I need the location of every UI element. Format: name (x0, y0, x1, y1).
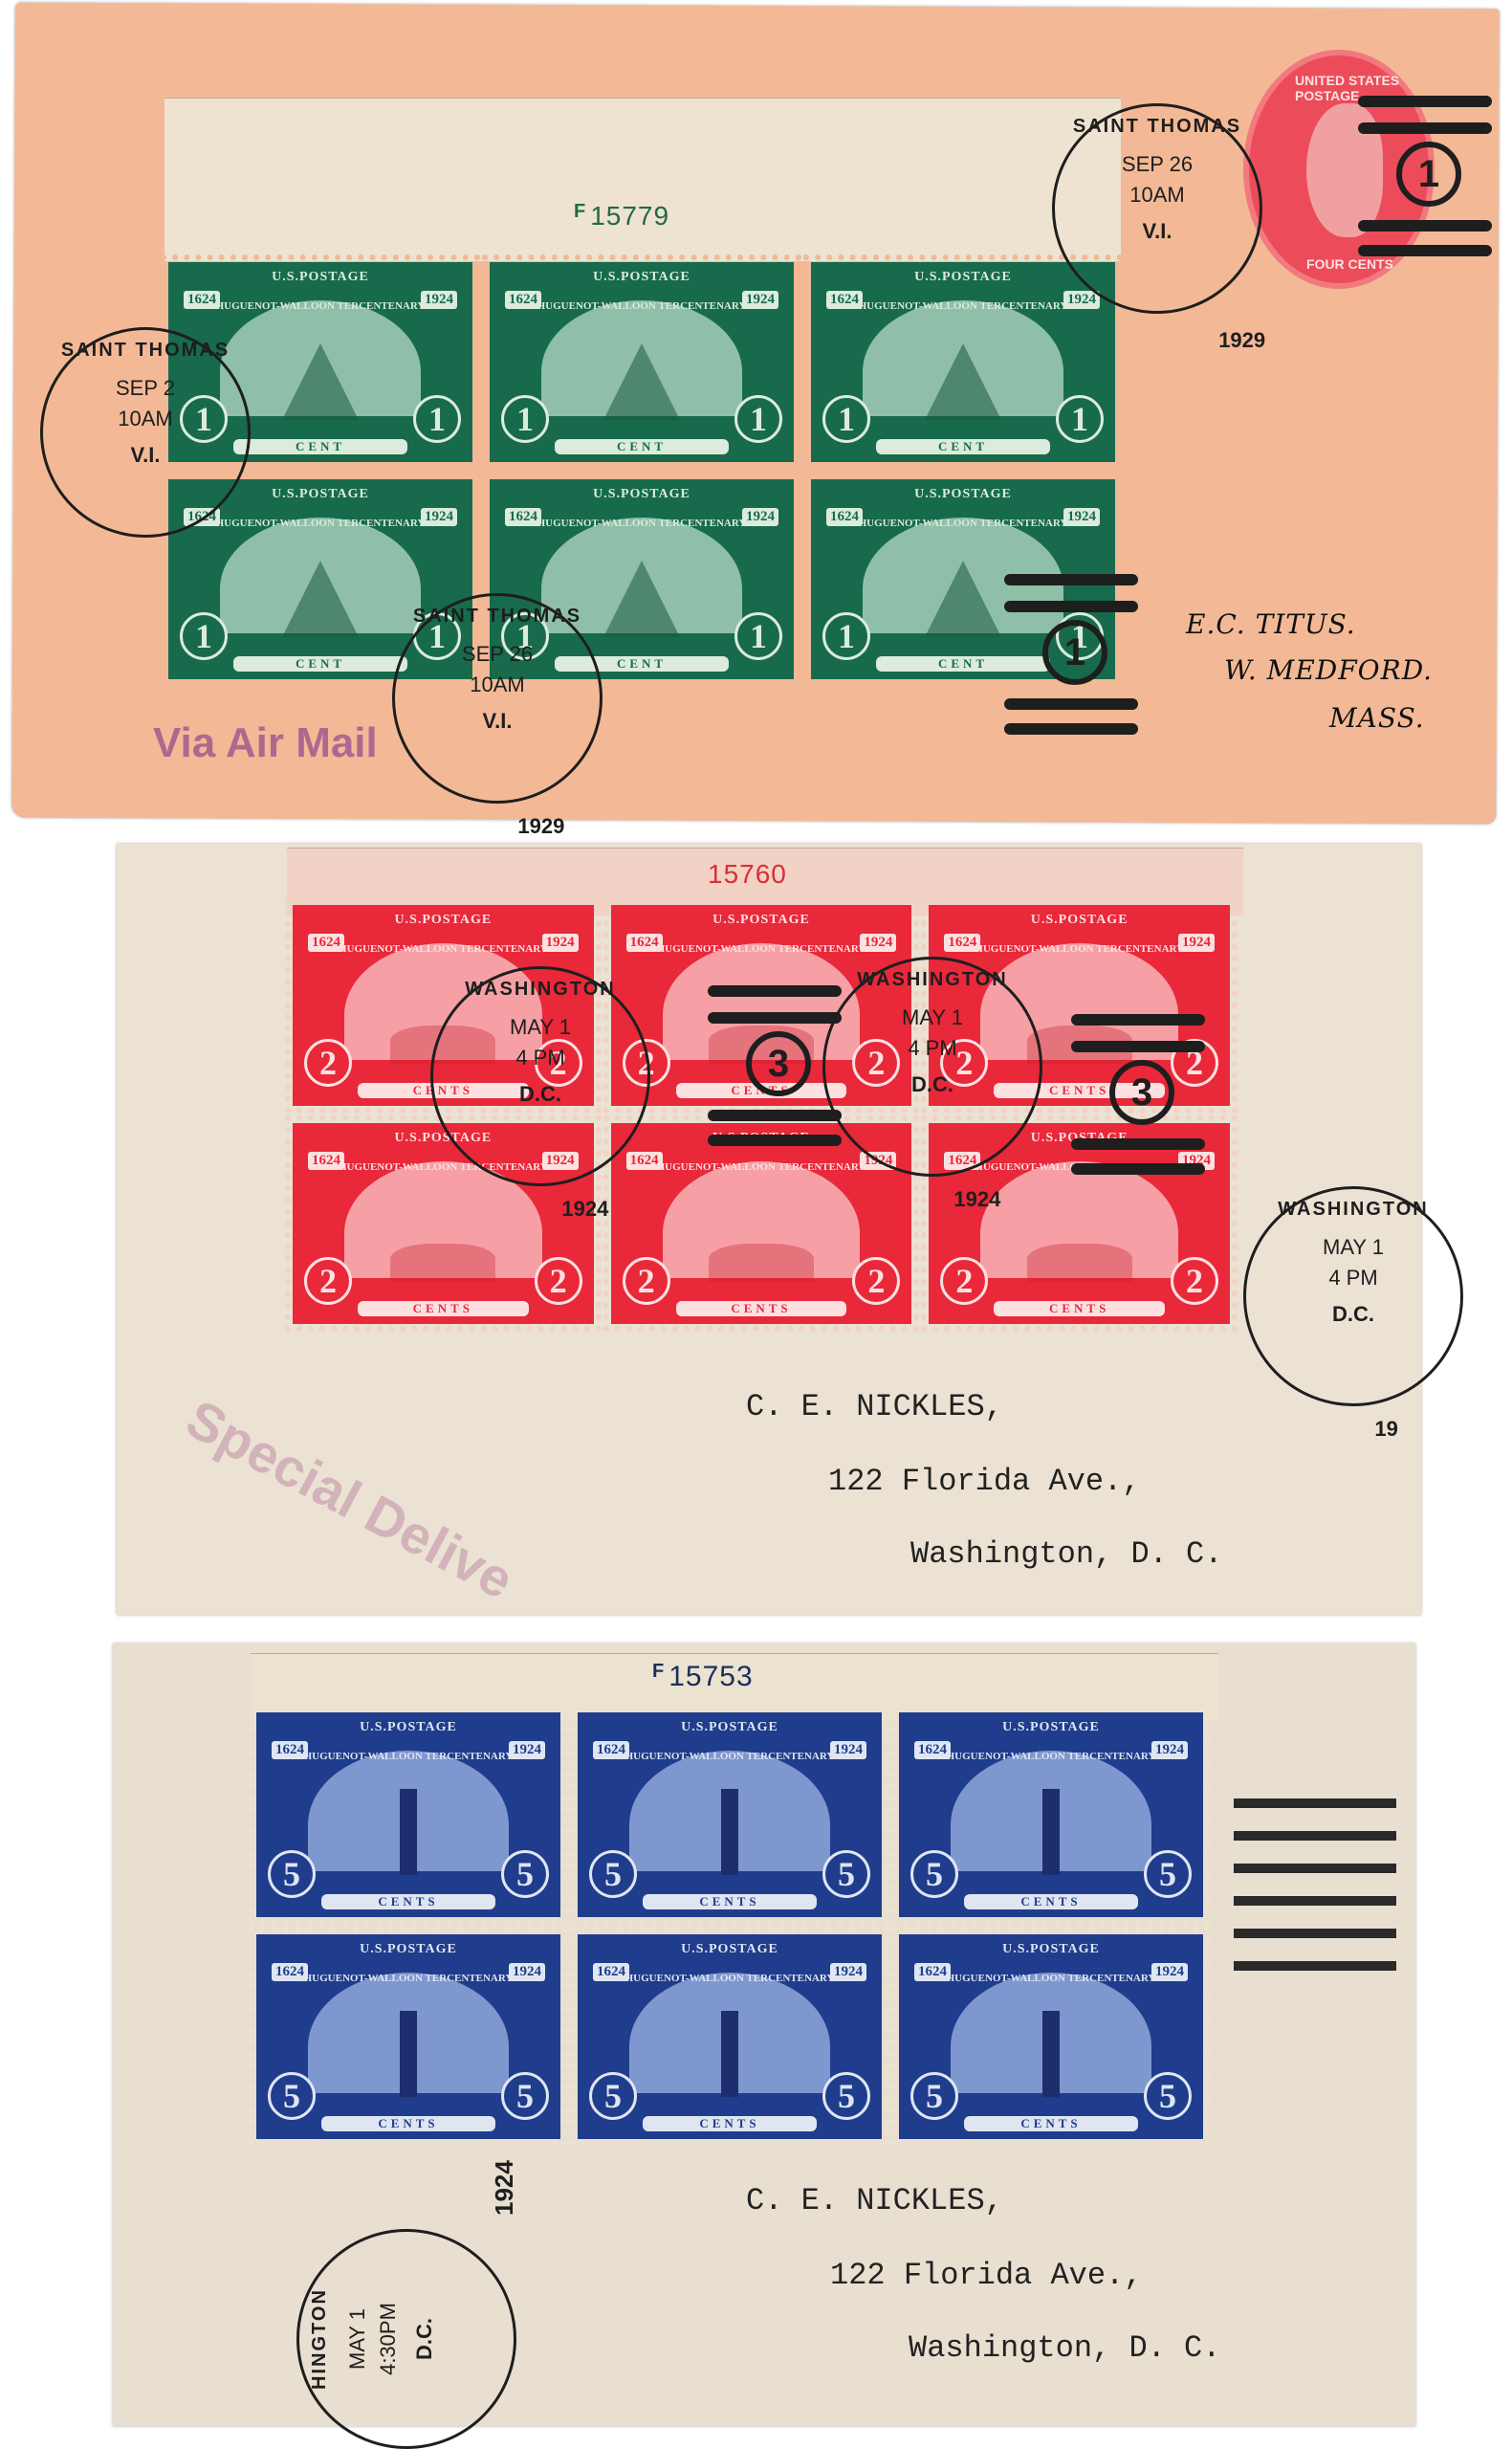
arch-text: HUGUENOT-WALLOON TERCENTENARY (615, 1161, 909, 1173)
address-line: MASS. (1329, 702, 1425, 734)
stamp: U.S.POSTAGE16241924HUGUENOT-WALLOON TERC… (256, 1712, 560, 1917)
stamp-header: U.S.POSTAGE (815, 487, 1111, 502)
monument-icon (400, 1789, 417, 1875)
stamp-header: U.S.POSTAGE (493, 487, 790, 502)
denomination-left: 5 (910, 2072, 958, 2120)
arch-text: HUGUENOT-WALLOON TERCENTENARY (493, 518, 790, 529)
denomination-left: 2 (304, 1257, 352, 1305)
arch-text: HUGUENOT-WALLOON TERCENTENARY (932, 943, 1226, 955)
denomination-left: 5 (589, 2072, 637, 2120)
plate-block-1-cent: U.S.POSTAGE16241924HUGUENOT-WALLOON TERC… (168, 262, 1115, 679)
machine-cancel-bars (1234, 1798, 1425, 1990)
cents-label: CENTS (358, 1301, 529, 1316)
stamp-header: U.S.POSTAGE (581, 1942, 878, 1957)
postmark-washington: WASHINGTON MAY 1 4 PM D.C. 19 (1243, 1186, 1463, 1406)
postmark-saint-thomas: SAINT THOMAS SEP 26 10AM V.I. 1929 (392, 593, 603, 804)
postmark-saint-thomas: SAINT THOMAS SEP 26 10AM V.I. 1929 (1052, 103, 1262, 314)
monument-icon (1042, 2011, 1060, 2097)
stamp-header: U.S.POSTAGE (815, 270, 1111, 285)
denomination-left: 2 (940, 1257, 988, 1305)
denomination-right: 1 (734, 395, 782, 443)
arch-text: HUGUENOT-WALLOON TERCENTENARY (903, 1751, 1199, 1762)
arch-text: HUGUENOT-WALLOON TERCENTENARY (815, 518, 1111, 529)
stamp-header: U.S.POSTAGE (296, 913, 590, 928)
denomination-left: 1 (822, 395, 870, 443)
landing-icon (1027, 1244, 1132, 1282)
address-line: 122 Florida Ave., (830, 2258, 1142, 2293)
arch-text: HUGUENOT-WALLOON TERCENTENARY (615, 943, 909, 955)
stamp-header: U.S.POSTAGE (903, 1942, 1199, 1957)
stamp: U.S.POSTAGE16241924HUGUENOT-WALLOON TERC… (899, 1712, 1203, 1917)
cents-label: CENTS (964, 2116, 1138, 2131)
cents-label: CENT (233, 439, 407, 454)
postmark-washington: HINGTON MAY 1 4:30PM D.C. (296, 2229, 516, 2449)
plate-block-5-cents: U.S.POSTAGE16241924HUGUENOT-WALLOON TERC… (256, 1712, 1203, 2139)
address-line: 122 Florida Ave., (828, 1464, 1140, 1499)
cents-label: CENTS (643, 1894, 817, 1909)
duplex-killer-1: 1 (1004, 574, 1138, 727)
denomination-left: 2 (304, 1039, 352, 1087)
arch-text: HUGUENOT-WALLOON TERCENTENARY (581, 1751, 878, 1762)
plate-selvage-1 (164, 98, 1121, 261)
stamp-header: U.S.POSTAGE (581, 1720, 878, 1735)
denomination-left: 2 (623, 1257, 670, 1305)
ship-icon (925, 561, 1001, 637)
address-line: Washington, D. C. (910, 1536, 1222, 1572)
via-air-mail-handstamp: Via Air Mail (153, 719, 378, 767)
denomination-right: 1 (1056, 395, 1104, 443)
stamp: U.S.POSTAGE16241924HUGUENOT-WALLOON TERC… (811, 262, 1115, 462)
duplex-killer-3: 3 (1071, 1014, 1205, 1167)
duplex-killer-3: 3 (708, 985, 842, 1138)
denomination-right: 2 (852, 1257, 900, 1305)
ship-icon (603, 343, 680, 420)
cents-label: CENT (876, 439, 1050, 454)
arch-text: HUGUENOT-WALLOON TERCENTENARY (296, 943, 590, 955)
arch-text: HUGUENOT-WALLOON TERCENTENARY (172, 518, 469, 529)
duplex-killer-1: 1 (1358, 96, 1492, 249)
ship-icon (282, 343, 359, 420)
cents-label: CENTS (676, 1301, 847, 1316)
postmark-saint-thomas: SAINT THOMAS SEP 2 10AM V.I. (40, 327, 251, 538)
denomination-right: 5 (501, 1850, 549, 1898)
address-line: C. E. NICKLES, (746, 1389, 1003, 1424)
denomination-left: 5 (589, 1850, 637, 1898)
denomination-right: 1 (413, 395, 461, 443)
monument-icon (1042, 1789, 1060, 1875)
plate-number-2: 15760 (708, 859, 787, 890)
stamp-header: U.S.POSTAGE (260, 1942, 557, 1957)
plate-number-1: F15779 (574, 201, 669, 232)
denomination-right: 5 (822, 2072, 870, 2120)
stamp-header: U.S.POSTAGE (932, 913, 1226, 928)
arch-text: HUGUENOT-WALLOON TERCENTENARY (260, 1973, 557, 1984)
denomination-right: 5 (501, 2072, 549, 2120)
denomination-left: 5 (268, 1850, 316, 1898)
ship-icon (282, 561, 359, 637)
arch-text: HUGUENOT-WALLOON TERCENTENARY (493, 300, 790, 312)
arch-text: HUGUENOT-WALLOON TERCENTENARY (172, 300, 469, 312)
denomination-left: 5 (268, 2072, 316, 2120)
stamp-header: U.S.POSTAGE (615, 913, 909, 928)
denomination-left: 1 (180, 612, 228, 660)
cents-label: CENTS (321, 2116, 495, 2131)
address-line: W. MEDFORD. (1224, 654, 1433, 686)
stamp-header: U.S.POSTAGE (260, 1720, 557, 1735)
denomination-left: 1 (822, 612, 870, 660)
landing-icon (390, 1244, 495, 1282)
arch-text: HUGUENOT-WALLOON TERCENTENARY (260, 1751, 557, 1762)
denomination-left: 1 (501, 395, 549, 443)
monument-icon (721, 1789, 738, 1875)
landing-icon (709, 1244, 814, 1282)
stamp: U.S.POSTAGE16241924HUGUENOT-WALLOON TERC… (490, 262, 794, 462)
address-line: Washington, D. C. (909, 2330, 1220, 2366)
stamp-header: U.S.POSTAGE (493, 270, 790, 285)
cents-label: CENTS (994, 1301, 1165, 1316)
arch-text: HUGUENOT-WALLOON TERCENTENARY (815, 300, 1111, 312)
cents-label: CENTS (321, 1894, 495, 1909)
stamp-header: U.S.POSTAGE (903, 1720, 1199, 1735)
cents-label: CENT (233, 656, 407, 672)
denomination-right: 2 (535, 1257, 582, 1305)
arch-text: HUGUENOT-WALLOON TERCENTENARY (581, 1973, 878, 1984)
address-line: E.C. TITUS. (1186, 608, 1356, 640)
stamp: U.S.POSTAGE16241924HUGUENOT-WALLOON TERC… (578, 1934, 882, 2139)
denomination-right: 2 (1171, 1257, 1218, 1305)
denomination-right: 5 (1144, 1850, 1192, 1898)
stamp: U.S.POSTAGE16241924HUGUENOT-WALLOON TERC… (256, 1934, 560, 2139)
monument-icon (400, 2011, 417, 2097)
denomination-left: 5 (910, 1850, 958, 1898)
cents-label: CENT (555, 439, 729, 454)
postmark-washington: WASHINGTON MAY 1 4 PM D.C. 1924 (430, 966, 650, 1186)
plate-number-3: F15753 (652, 1661, 754, 1693)
cents-label: CENTS (964, 1894, 1138, 1909)
denomination-right: 5 (1144, 2072, 1192, 2120)
denomination-right: 1 (734, 612, 782, 660)
postmark-year: 1924 (490, 2160, 519, 2216)
ship-icon (603, 561, 680, 637)
cents-label: CENTS (643, 2116, 817, 2131)
stamp-header: U.S.POSTAGE (172, 270, 469, 285)
postmark-washington: WASHINGTON MAY 1 4 PM D.C. 1924 (822, 957, 1042, 1177)
ship-icon (925, 343, 1001, 420)
monument-icon (721, 2011, 738, 2097)
stamp: U.S.POSTAGE16241924HUGUENOT-WALLOON TERC… (578, 1712, 882, 1917)
stamp: U.S.POSTAGE16241924HUGUENOT-WALLOON TERC… (899, 1934, 1203, 2139)
address-line: C. E. NICKLES, (746, 2183, 1003, 2218)
denomination-right: 5 (822, 1850, 870, 1898)
arch-text: HUGUENOT-WALLOON TERCENTENARY (903, 1973, 1199, 1984)
